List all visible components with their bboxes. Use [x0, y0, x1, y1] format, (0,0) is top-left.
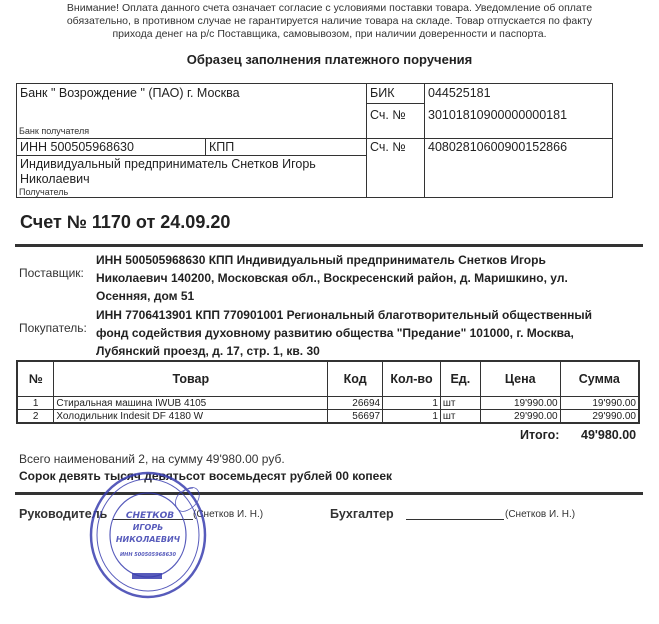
- svg-text:НИКОЛАЕВИЧ: НИКОЛАЕВИЧ: [116, 535, 181, 544]
- goods-table: № Товар Код Кол-во Ед. Цена Сумма 1 Стир…: [16, 360, 640, 424]
- buyer-details: ИНН 7706413901 КПП 770901001 Региональны…: [96, 306, 592, 360]
- svg-text:ИНН 500505968630: ИНН 500505968630: [120, 552, 177, 558]
- divider: [15, 244, 643, 247]
- divider: [205, 138, 206, 155]
- recipient-name-cont: Николаевич: [20, 172, 90, 186]
- inn-value: ИНН 500505968630: [20, 140, 134, 154]
- total-label: Итого:: [520, 428, 559, 442]
- buyer-label: Покупатель:: [19, 321, 87, 335]
- total-value: 49'980.00: [581, 428, 636, 442]
- divider: [366, 84, 367, 197]
- notice-line: Внимание! Оплата данного счета означает …: [0, 2, 659, 15]
- accountant-label: Бухгалтер: [330, 507, 394, 521]
- corr-account-value: 30101810900000000181: [428, 108, 567, 122]
- recipient-label: Получатель: [19, 187, 68, 197]
- payment-notice: Внимание! Оплата данного счета означает …: [0, 2, 659, 41]
- bank-details-table: Банк " Возрождение " (ПАО) г. Москва Бан…: [16, 83, 613, 198]
- col-header-qty: Кол-во: [383, 361, 441, 397]
- table-row: 2 Холодильник Indesit DF 4180 W 56697 1 …: [17, 410, 639, 424]
- col-header-price: Цена: [480, 361, 560, 397]
- divider: [17, 155, 366, 156]
- accountant-signature-line: [406, 519, 504, 520]
- bank-label: Банк получателя: [19, 126, 89, 136]
- accountant-name: (Снетков И. Н.): [505, 509, 575, 520]
- col-header-number: №: [17, 361, 54, 397]
- supplier-label: Поставщик:: [19, 266, 84, 280]
- svg-text:ИГОРЬ: ИГОРЬ: [133, 523, 164, 532]
- divider: [17, 138, 612, 139]
- col-header-sum: Сумма: [560, 361, 639, 397]
- col-header-unit: Ед.: [440, 361, 480, 397]
- supplier-details: ИНН 500505968630 КПП Индивидуальный пред…: [96, 251, 568, 305]
- stamp-seal-icon: СНЕТКОВ ИГОРЬ НИКОЛАЕВИЧ ИНН 50050596863…: [88, 470, 208, 600]
- bank-name: Банк " Возрождение " (ПАО) г. Москва: [20, 86, 240, 100]
- notice-line: обязательно, в противном случае не гаран…: [0, 15, 659, 28]
- col-header-code: Код: [328, 361, 383, 397]
- company-stamp: СНЕТКОВ ИГОРЬ НИКОЛАЕВИЧ ИНН 50050596863…: [88, 470, 208, 600]
- sample-title: Образец заполнения платежного поручения: [0, 52, 659, 67]
- invoice-title: Счет № 1170 от 24.09.20: [20, 212, 230, 233]
- bik-value: 044525181: [428, 86, 491, 100]
- kpp-label: КПП: [209, 140, 234, 154]
- table-header-row: № Товар Код Кол-во Ед. Цена Сумма: [17, 361, 639, 397]
- notice-line: прихода денег на р/с Поставщика, самовыв…: [0, 28, 659, 41]
- bik-label: БИК: [370, 86, 394, 100]
- account-value: 40802810600900152866: [428, 140, 567, 154]
- account-label: Сч. №: [370, 140, 406, 154]
- table-row: 1 Стиральная машина IWUB 4105 26694 1 шт…: [17, 397, 639, 410]
- divider: [366, 103, 424, 104]
- svg-text:СНЕТКОВ: СНЕТКОВ: [126, 511, 174, 521]
- col-header-product: Товар: [54, 361, 328, 397]
- items-count-summary: Всего наименований 2, на сумму 49'980.00…: [19, 452, 285, 466]
- corr-account-label: Сч. №: [370, 108, 406, 122]
- recipient-name: Индивидуальный предприниматель Снетков И…: [20, 157, 316, 171]
- divider: [424, 84, 425, 197]
